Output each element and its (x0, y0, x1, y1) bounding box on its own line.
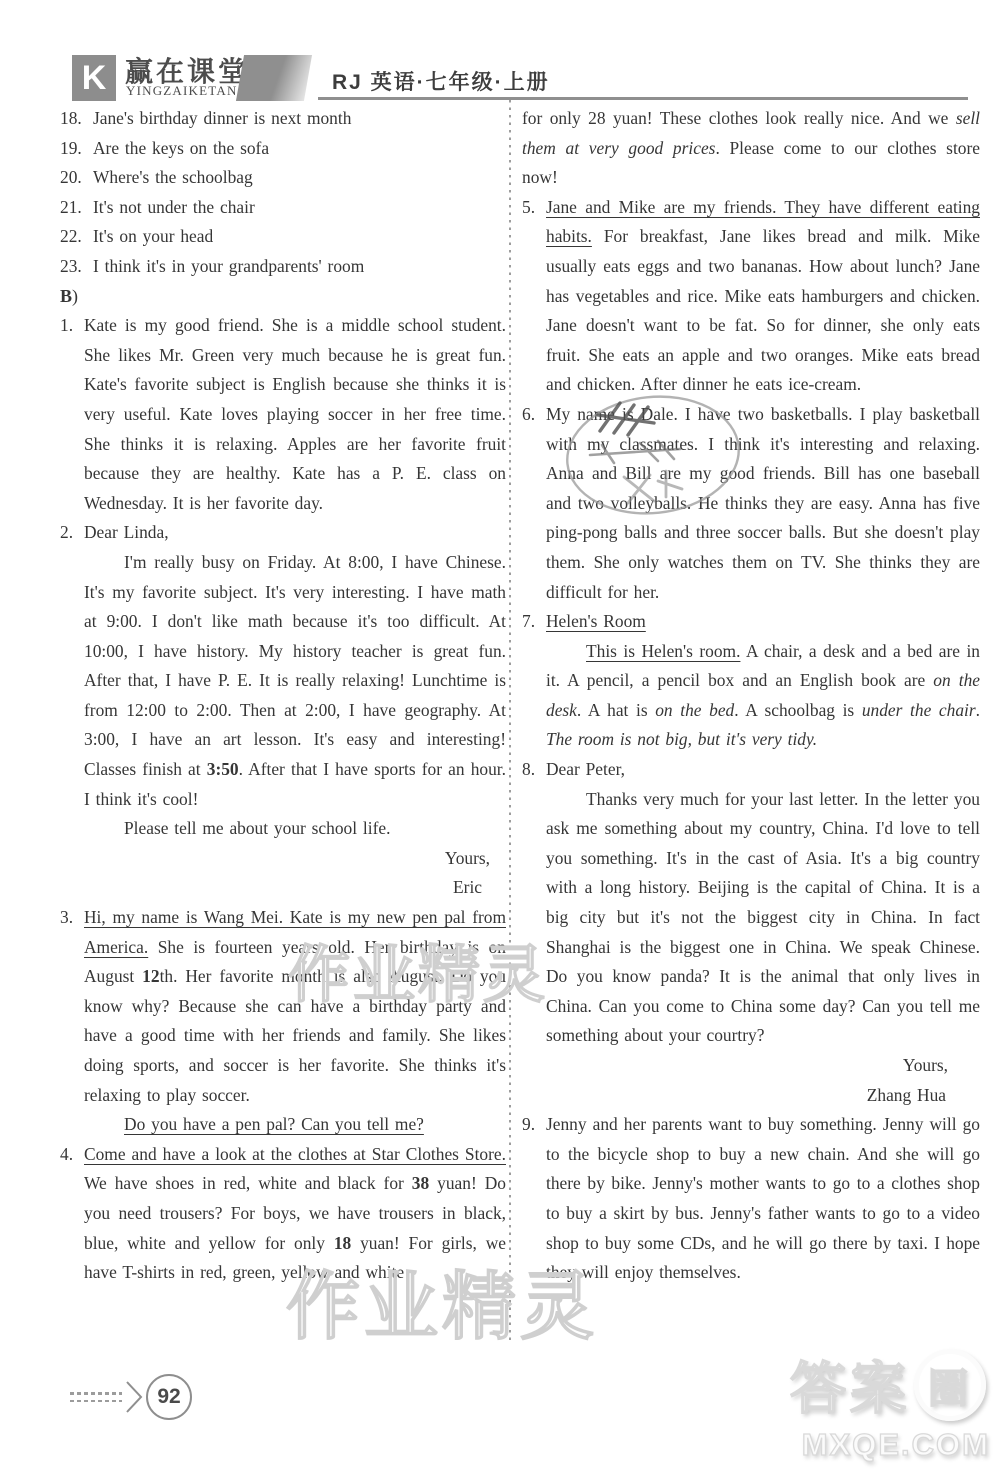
letter-body: Thanks very much for your last letter. I… (546, 785, 980, 1051)
item-number: 5. (522, 193, 535, 223)
passage-text: Come and have a look at the clothes at S… (84, 1144, 506, 1282)
item-number: 22. (60, 222, 82, 252)
item-number: 18. (60, 104, 82, 134)
page-number-dashes (70, 1392, 122, 1402)
letter-salutation: Dear Peter, (546, 755, 980, 785)
section-b-label: B) (60, 282, 506, 312)
answer-line-18: 18. Jane's birthday dinner is next month (60, 104, 506, 134)
passage-9: 9. Jenny and her parents want to buy som… (522, 1110, 980, 1288)
letter-body: I'm really busy on Friday. At 8:00, I ha… (84, 548, 506, 814)
item-number: 21. (60, 193, 82, 223)
passage-8-letter: 8. Dear Peter, Thanks very much for your… (522, 755, 980, 1110)
item-number: 9. (522, 1110, 535, 1140)
passage-text: Kate is my good friend. She is a middle … (84, 315, 506, 513)
answer-text: Are the keys on the sofa (93, 138, 269, 158)
workbook-page: K 赢在课堂 YINGZAIKETANG RJ 英语·七年级·上册 18. Ja… (0, 0, 1000, 1471)
passage-1: 1. Kate is my good friend. She is a midd… (60, 311, 506, 518)
answer-line-23: 23. I think it's in your grandparents' r… (60, 252, 506, 282)
header-decor-parallelogram (236, 55, 312, 101)
letter-signoff: Yours, (84, 844, 506, 874)
right-column: for only 28 yuan! These clothes look rea… (522, 104, 980, 1288)
passage-closing-question: Do you have a pen pal? Can you tell me? (84, 1110, 506, 1140)
passage-title: Helen's Room (546, 607, 980, 637)
item-number: 7. (522, 607, 535, 637)
page-number-widget: 92 (70, 1374, 192, 1420)
letter-signature: Eric (84, 873, 506, 903)
passage-6: 6. My name is Dale. I have two basketbal… (522, 400, 980, 607)
passage-7: 7. Helen's Room This is Helen's room. A … (522, 607, 980, 755)
watermark-brand-text: 答案 (790, 1345, 910, 1425)
passage-4-continuation: for only 28 yuan! These clothes look rea… (522, 104, 980, 193)
item-number: 19. (60, 134, 82, 164)
passage-text: This is Helen's room. A chair, a desk an… (546, 637, 980, 755)
answer-line-20: 20. Where's the schoolbag (60, 163, 506, 193)
book-edition-title: RJ 英语·七年级·上册 (332, 66, 550, 96)
answer-line-21: 21. It's not under the chair (60, 193, 506, 223)
letter-closing-line: Please tell me about your school life. (84, 814, 506, 844)
passage-5: 5. Jane and Mike are my friends. They ha… (522, 193, 980, 400)
answer-line-22: 22. It's on your head (60, 222, 506, 252)
letter-salutation: Dear Linda, (84, 518, 506, 548)
answer-text: It's not under the chair (93, 197, 255, 217)
passage-4: 4. Come and have a look at the clothes a… (60, 1140, 506, 1288)
header-rule (318, 97, 968, 100)
passage-3: 3. Hi, my name is Wang Mei. Kate is my n… (60, 903, 506, 1140)
watermark-site-url: MXQE.COM (802, 1427, 990, 1463)
answer-line-19: 19. Are the keys on the sofa (60, 134, 506, 164)
answer-text: Jane's birthday dinner is next month (93, 108, 351, 128)
answer-text: Where's the schoolbag (93, 167, 253, 187)
item-number: 6. (522, 400, 535, 430)
chevron-right-icon (124, 1380, 144, 1414)
letter-signoff: Yours, (546, 1051, 980, 1081)
passage-text: Jenny and her parents want to buy someth… (546, 1114, 980, 1282)
item-number: 1. (60, 311, 73, 341)
item-number: 2. (60, 518, 73, 548)
passage-text: Hi, my name is Wang Mei. Kate is my new … (84, 907, 506, 1105)
answer-text: I think it's in your grandparents' room (93, 256, 364, 276)
answer-text: It's on your head (93, 226, 213, 246)
passage-text: My name is Dale. I have two basketballs.… (546, 404, 980, 602)
passage-2-letter: 2. Dear Linda, I'm really busy on Friday… (60, 518, 506, 903)
item-number: 3. (60, 903, 73, 933)
item-number: 23. (60, 252, 82, 282)
watermark-answer-brand: 答案 圈 (790, 1345, 986, 1425)
left-column: 18. Jane's birthday dinner is next month… (60, 104, 506, 1288)
brand-logo-k: K (72, 55, 116, 101)
item-number: 20. (60, 163, 82, 193)
watermark-brand-circled-char: 圈 (914, 1349, 986, 1421)
column-divider-dotted (509, 100, 511, 1340)
passage-text: Jane and Mike are my friends. They have … (546, 197, 980, 395)
item-number: 8. (522, 755, 535, 785)
page-number: 92 (146, 1374, 192, 1420)
item-number: 4. (60, 1140, 73, 1170)
brand-name-pinyin: YINGZAIKETANG (126, 83, 248, 99)
letter-signature: Zhang Hua (546, 1081, 980, 1111)
